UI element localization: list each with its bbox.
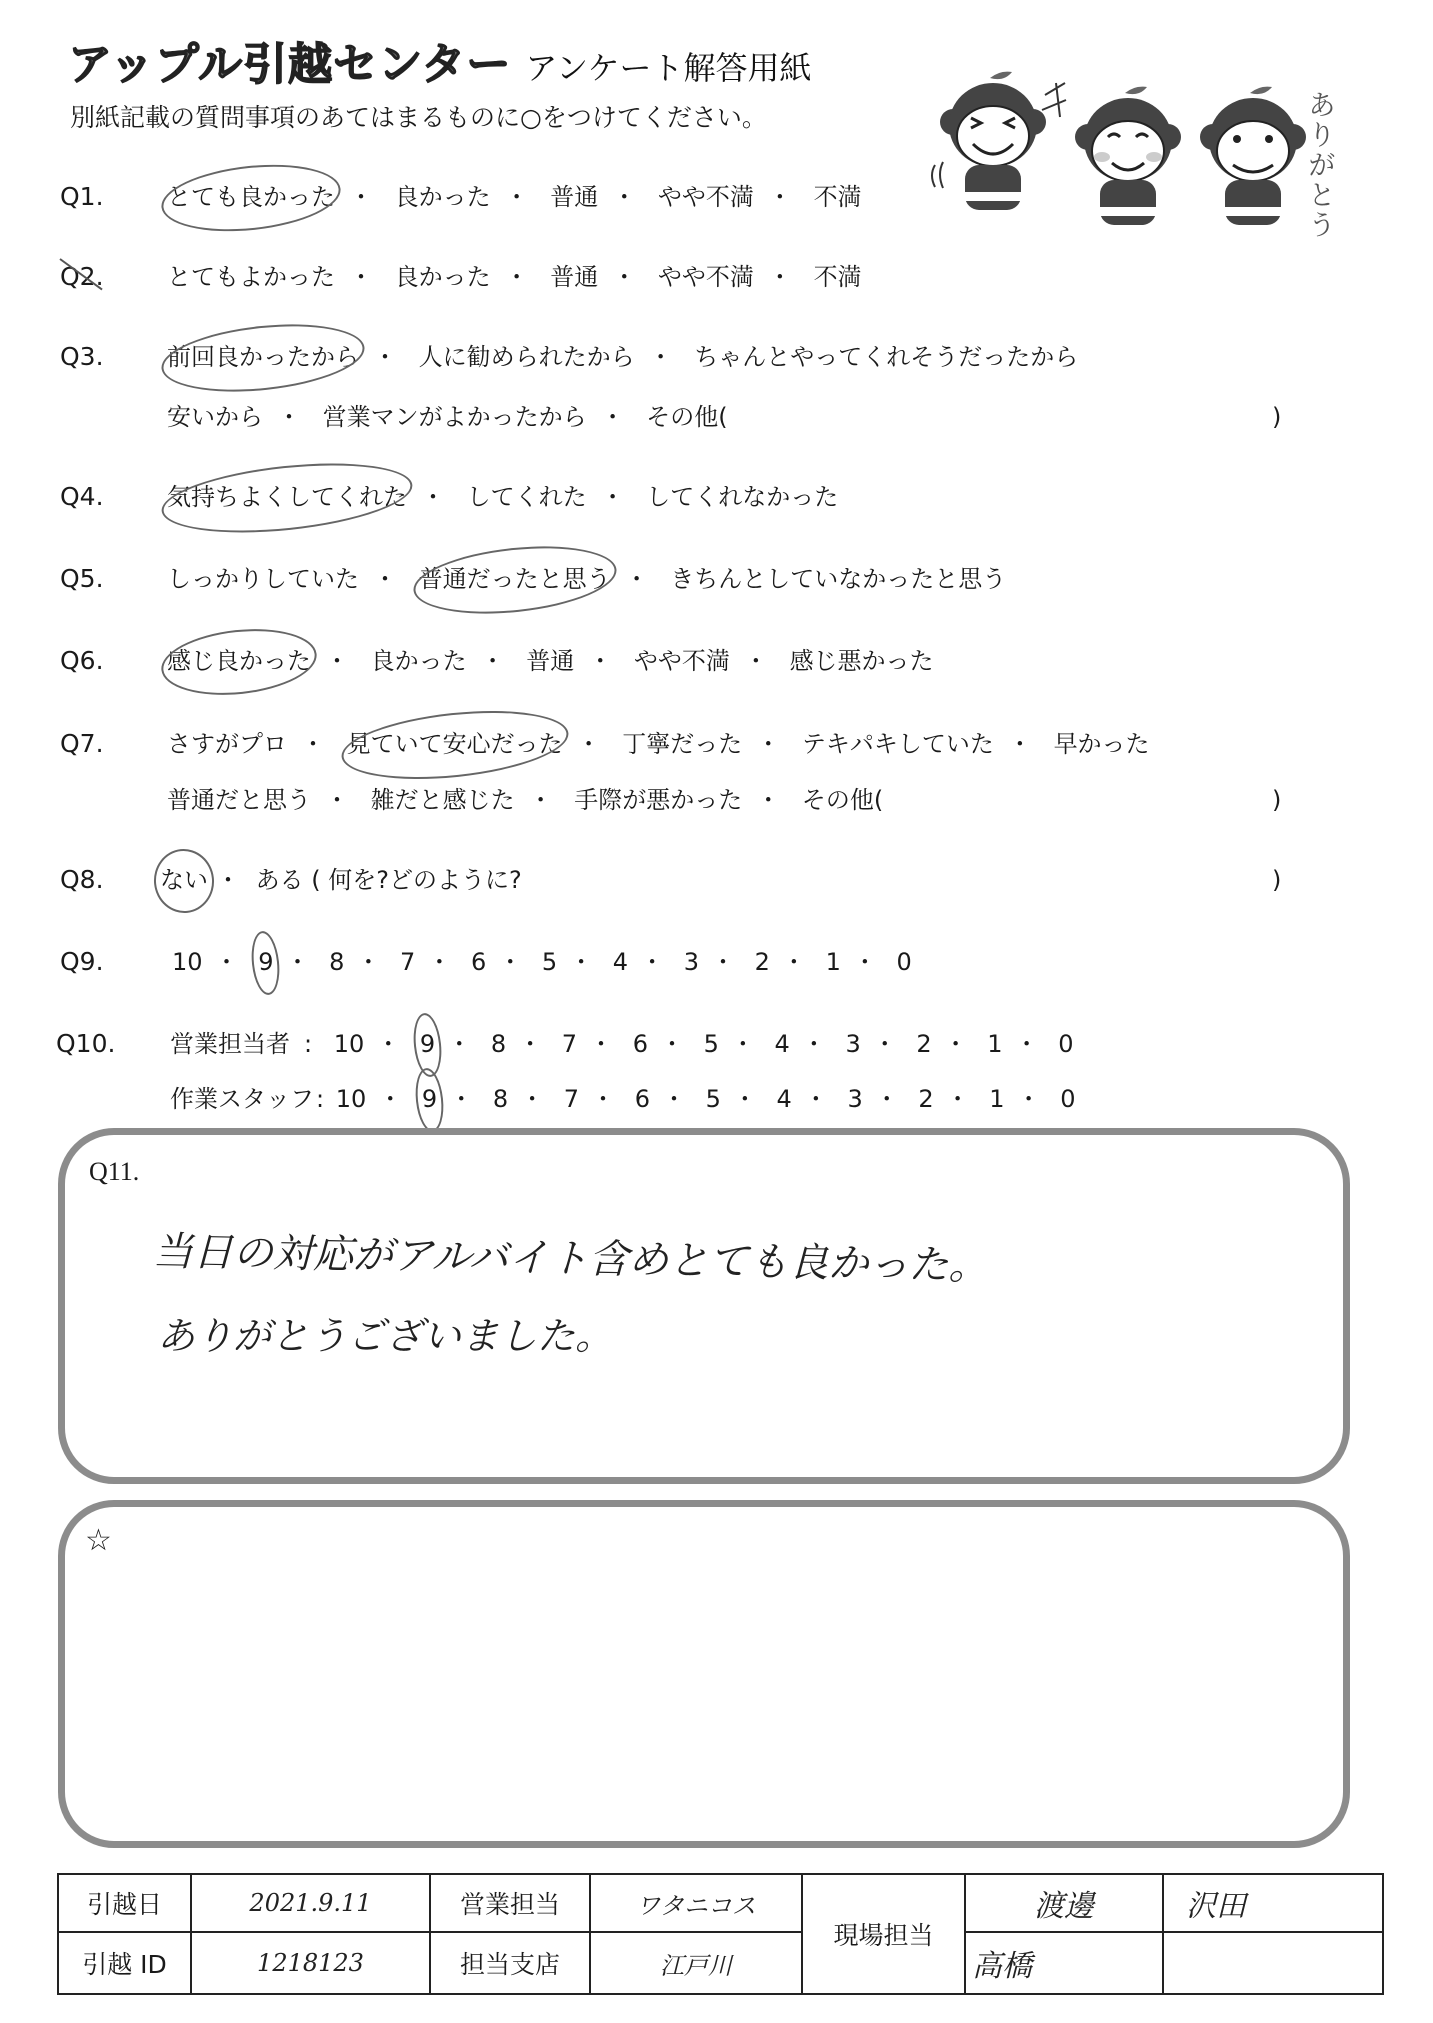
q1-option-3[interactable]: やや不満 <box>658 180 754 214</box>
q3-option-4[interactable]: 営業マンがよかったから <box>323 400 587 434</box>
q6-option-4[interactable]: 感じ悪かった <box>790 644 934 678</box>
move-id-label: 引越 ID <box>58 1932 191 1994</box>
q10-staff-score-5[interactable]: 5 <box>706 1082 721 1116</box>
q10-sales-score-5[interactable]: 5 <box>704 1027 719 1061</box>
q9-scale: 10・ 9・ 8・ 7・ 6・ 5・ 4・ 3・ 2・ 1・ 0 <box>172 945 912 979</box>
mascot-caption: ありがとう <box>1300 90 1340 240</box>
q6-option-2[interactable]: 普通 <box>526 644 574 678</box>
q1-label: Q1. <box>60 180 104 214</box>
q7-paren-close: ) <box>1272 783 1281 817</box>
q10-label: Q10. <box>56 1027 115 1061</box>
q1-option-1[interactable]: 良かった <box>395 180 491 214</box>
q1-options: とても良かった・ 良かった・ 普通・ やや不満・ 不満 <box>167 180 862 214</box>
form-title: アンケート解答用紙 <box>525 49 811 87</box>
q4-options: 気持ちよくしてくれた・ してくれた・ してくれなかった <box>167 480 838 514</box>
site-staff-label: 現場担当 <box>802 1874 965 1994</box>
mascot-illustration <box>895 60 1335 230</box>
monkey-mascot-laughing-icon <box>932 72 1046 210</box>
q4-label: Q4. <box>60 480 104 514</box>
q1-option-2[interactable]: 普通 <box>550 180 598 214</box>
q10-staff-scale: 作業スタッフ: 10・ 9・ 8・ 7・ 6・ 5・ 4・ 3・ 2・ 1・ 0 <box>170 1082 1076 1116</box>
q10-staff-score-6[interactable]: 6 <box>635 1082 650 1116</box>
q5-label: Q5. <box>60 562 104 596</box>
q1-option-0[interactable]: とても良かった <box>167 180 335 214</box>
q7-option-0[interactable]: さすがプロ <box>167 727 287 761</box>
notes-box[interactable]: ☆ <box>58 1500 1350 1848</box>
q8-option-1[interactable]: ある ( 何を?どのように? <box>256 863 522 897</box>
q9-score-0[interactable]: 0 <box>896 945 911 979</box>
q10-staff-score-2[interactable]: 2 <box>918 1082 933 1116</box>
q11-label: Q11. <box>89 1157 139 1187</box>
site-staff-4[interactable] <box>1163 1932 1383 1994</box>
monkey-mascot-smiling-icon <box>1200 87 1306 225</box>
sales-rep-label: 営業担当 <box>430 1874 590 1932</box>
q2-option-1[interactable]: 良かった <box>395 260 491 294</box>
instruction-text: 別紙記載の質問事項のあてはまるものに○をつけてください。 <box>70 102 767 134</box>
q4-option-2[interactable]: してくれなかった <box>646 480 838 514</box>
q10-sales-score-9[interactable]: 9 <box>420 1027 435 1061</box>
q2-options: とてもよかった・ 良かった・ 普通・ やや不満・ 不満 <box>167 260 862 294</box>
q9-score-9[interactable]: 9 <box>258 945 273 979</box>
q3-options-line2: 安いから・ 営業マンがよかったから・ その他( <box>167 400 728 434</box>
q6-options: 感じ良かった・ 良かった・ 普通・ やや不満・ 感じ悪かった <box>167 644 934 678</box>
q4-option-1[interactable]: してくれた <box>467 480 587 514</box>
q10-staff-score-10[interactable]: 10 <box>336 1082 367 1116</box>
q10-staff-score-3[interactable]: 3 <box>847 1082 862 1116</box>
q7-options-line1: さすがプロ・ 見ていて安心だった・ 丁寧だった・ テキパキしていた・ 早かった <box>167 727 1150 761</box>
q7-option-1[interactable]: 見ていて安心だった <box>347 727 563 761</box>
q5-option-2[interactable]: きちんとしていなかったと思う <box>670 562 1006 596</box>
q3-option-0[interactable]: 前回良かったから <box>167 340 359 374</box>
sales-rep-value[interactable]: ワタニコス <box>590 1874 802 1932</box>
q4-option-0[interactable]: 気持ちよくしてくれた <box>167 480 407 514</box>
q6-option-1[interactable]: 良かった <box>371 644 467 678</box>
q9-score-6[interactable]: 6 <box>471 945 486 979</box>
move-date-label: 引越日 <box>58 1874 191 1932</box>
q3-option-3[interactable]: 安いから <box>167 400 263 434</box>
q2-option-2[interactable]: 普通 <box>550 260 598 294</box>
q9-score-3[interactable]: 3 <box>684 945 699 979</box>
q7-option-5[interactable]: 普通だと思う <box>167 783 311 817</box>
q3-option-other[interactable]: その他( <box>646 400 727 434</box>
q2-option-3[interactable]: やや不満 <box>658 260 754 294</box>
q7-label: Q7. <box>60 727 104 761</box>
q10-staff-score-9[interactable]: 9 <box>422 1082 437 1116</box>
site-staff-3[interactable]: 高橋 <box>965 1932 1163 1994</box>
q3-option-1[interactable]: 人に勧められたから <box>419 340 635 374</box>
q7-option-3[interactable]: テキパキしていた <box>802 727 994 761</box>
q9-score-2[interactable]: 2 <box>755 945 770 979</box>
branch-value[interactable]: 江戸川 <box>590 1932 802 1994</box>
q3-label: Q3. <box>60 340 104 374</box>
company-title: アップル引越センターアンケート解答用紙 <box>68 40 812 93</box>
q11-handwritten-line2: ありがとうございました。 <box>157 1305 613 1360</box>
branch-label: 担当支店 <box>430 1932 590 1994</box>
q2-option-4[interactable]: 不満 <box>814 260 862 294</box>
q5-option-1[interactable]: 普通だったと思う <box>419 562 611 596</box>
q10-sales-score-10[interactable]: 10 <box>334 1027 365 1061</box>
q10-sales-score-6[interactable]: 6 <box>633 1027 648 1061</box>
q10-staff-score-1[interactable]: 1 <box>989 1082 1004 1116</box>
q10-staff-score-7[interactable]: 7 <box>564 1082 579 1116</box>
q6-option-0[interactable]: 感じ良かった <box>167 644 311 678</box>
q10-sales-score-8[interactable]: 8 <box>491 1027 506 1061</box>
site-staff-2[interactable]: 沢田 <box>1163 1874 1383 1932</box>
q9-score-5[interactable]: 5 <box>542 945 557 979</box>
q3-paren-close: ) <box>1272 400 1281 434</box>
move-info-table: 引越日 2021.9.11 営業担当 ワタニコス 現場担当 渡邊 沢田 引越 I… <box>57 1873 1384 1995</box>
monkey-mascot-blushing-icon <box>1042 83 1181 225</box>
q7-option-2[interactable]: 丁寧だった <box>622 727 742 761</box>
q8-paren-close: ) <box>1272 863 1281 897</box>
q10-staff-label: 作業スタッフ <box>170 1085 314 1113</box>
q6-label: Q6. <box>60 644 104 678</box>
q9-score-8[interactable]: 8 <box>329 945 344 979</box>
q8-options: ない・ ある ( 何を?どのように? <box>160 863 522 897</box>
q10-sales-label: 営業担当者 <box>170 1030 290 1058</box>
q7-options-line2: 普通だと思う・ 雑だと感じた・ 手際が悪かった・ その他( <box>167 783 883 817</box>
site-staff-1[interactable]: 渡邊 <box>965 1874 1163 1932</box>
q11-comment-box[interactable]: Q11. 当日の対応がアルバイト含めとても良かった。 ありがとうございました。 <box>58 1128 1350 1484</box>
q9-score-4[interactable]: 4 <box>613 945 628 979</box>
q7-option-7[interactable]: 手際が悪かった <box>574 783 742 817</box>
q9-score-10[interactable]: 10 <box>172 945 203 979</box>
q10-sales-score-3[interactable]: 3 <box>845 1027 860 1061</box>
q1-option-4[interactable]: 不満 <box>814 180 862 214</box>
q6-option-3[interactable]: やや不満 <box>634 644 730 678</box>
q3-option-2[interactable]: ちゃんとやってくれそうだったから <box>694 340 1078 374</box>
q10-sales-score-4[interactable]: 4 <box>775 1027 790 1061</box>
q9-score-1[interactable]: 1 <box>826 945 841 979</box>
q10-staff-score-0[interactable]: 0 <box>1060 1082 1075 1116</box>
q7-option-4[interactable]: 早かった <box>1054 727 1150 761</box>
q10-sales-score-0[interactable]: 0 <box>1058 1027 1073 1061</box>
q10-sales-score-1[interactable]: 1 <box>987 1027 1002 1061</box>
star-icon: ☆ <box>85 1523 112 1558</box>
q10-staff-score-8[interactable]: 8 <box>493 1082 508 1116</box>
q10-sales-scale: 営業担当者: 10・ 9・ 8・ 7・ 6・ 5・ 4・ 3・ 2・ 1・ 0 <box>170 1027 1074 1061</box>
q11-handwritten-line1: 当日の対応がアルバイト含めとても良かった。 <box>153 1220 989 1292</box>
company-name: アップル引越センター <box>68 39 511 90</box>
q8-option-0[interactable]: ない <box>160 863 208 897</box>
move-id-value[interactable]: 1218123 <box>191 1932 430 1994</box>
q9-score-7[interactable]: 7 <box>400 945 415 979</box>
q2-option-0[interactable]: とてもよかった <box>167 260 335 294</box>
q9-label: Q9. <box>60 945 104 979</box>
q7-option-other[interactable]: その他( <box>802 783 883 817</box>
q7-option-6[interactable]: 雑だと感じた <box>371 783 515 817</box>
q8-label: Q8. <box>60 863 104 897</box>
q5-options: しっかりしていた・ 普通だったと思う・ きちんとしていなかったと思う <box>167 562 1006 596</box>
move-date-value[interactable]: 2021.9.11 <box>191 1874 430 1932</box>
q3-options-line1: 前回良かったから・ 人に勧められたから・ ちゃんとやってくれそうだったから <box>167 340 1078 374</box>
q10-sales-score-2[interactable]: 2 <box>916 1027 931 1061</box>
q10-staff-score-4[interactable]: 4 <box>777 1082 792 1116</box>
q10-sales-score-7[interactable]: 7 <box>562 1027 577 1061</box>
q5-option-0[interactable]: しっかりしていた <box>167 562 359 596</box>
